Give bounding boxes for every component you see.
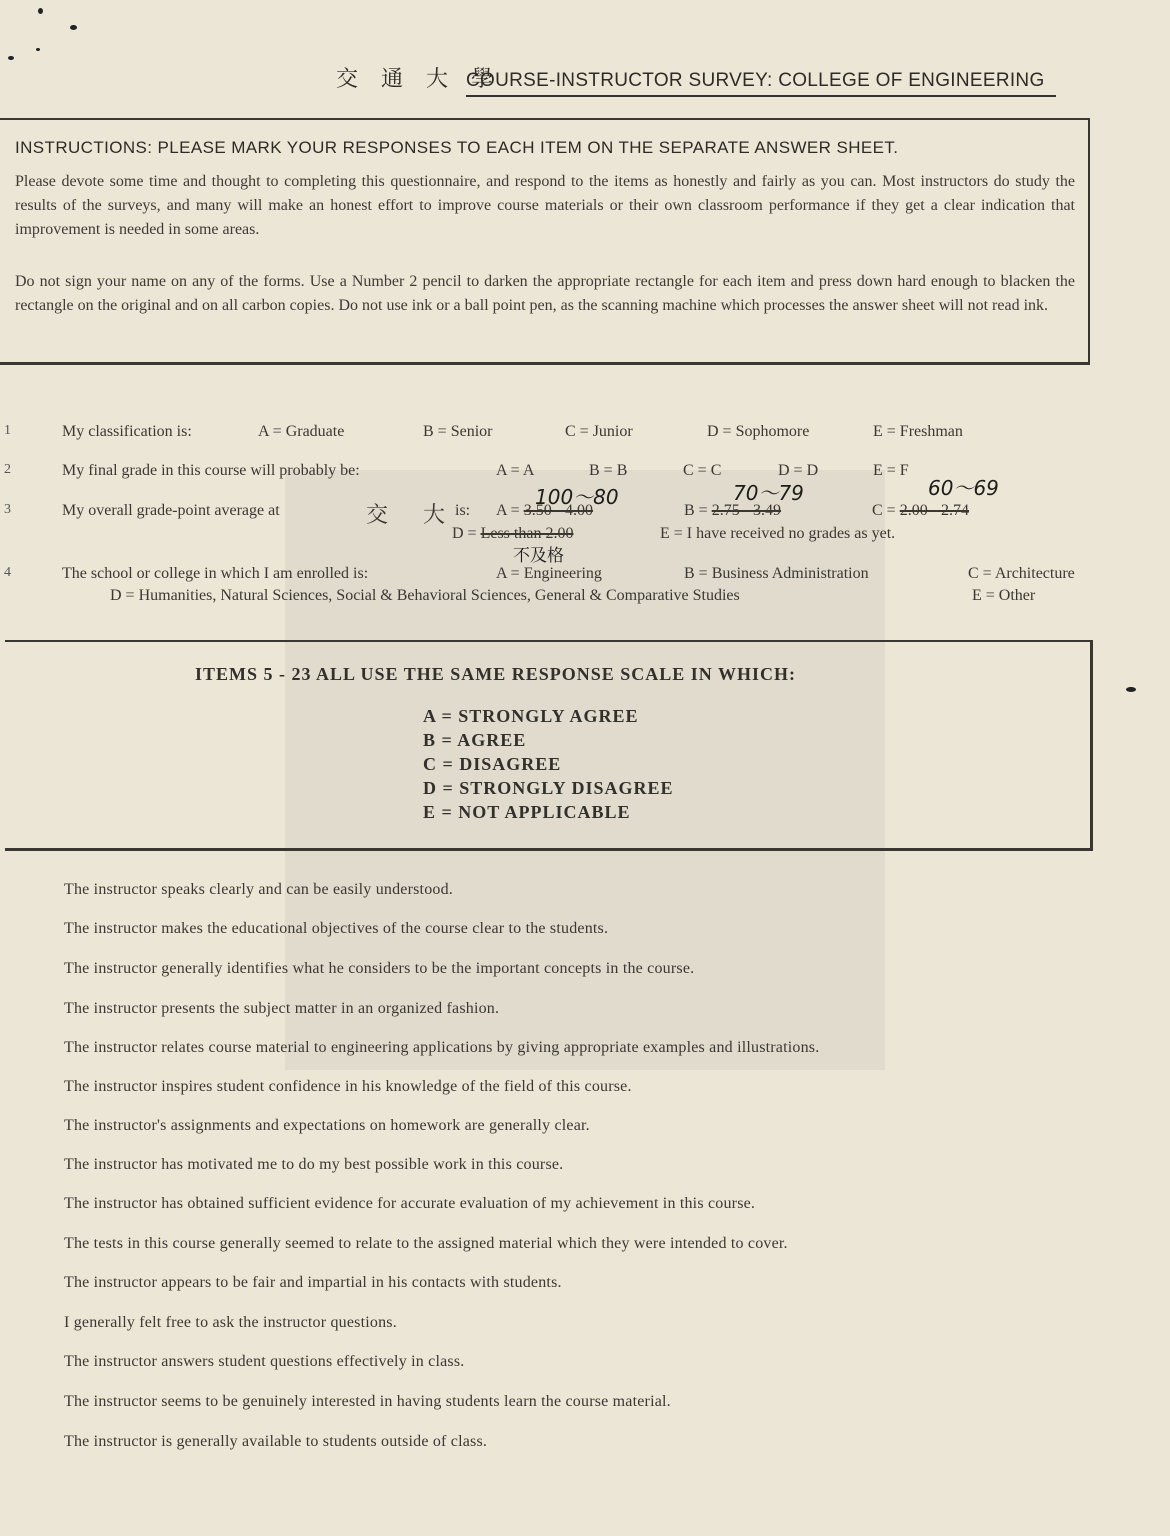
handwritten-note-b: 70～79: [733, 477, 804, 506]
instructions-paragraph-2: Do not sign your name on any of the form…: [15, 270, 1075, 318]
option-a: A = Engineering: [496, 565, 602, 583]
scale-item-d: D = STRONGLY DISAGREE: [423, 776, 673, 800]
statement-item: The instructor speaks clearly and can be…: [64, 881, 453, 899]
instructions-paragraph-1: Please devote some time and thought to c…: [15, 170, 1075, 242]
form-title: COURSE-INSTRUCTOR SURVEY: COLLEGE OF ENG…: [466, 70, 1045, 92]
option-label: C =: [872, 502, 900, 519]
paper-speck: [1126, 687, 1136, 692]
option-label: A =: [496, 502, 524, 519]
statement-item: The instructor generally identifies what…: [64, 960, 694, 978]
option-c: C = Junior: [565, 423, 633, 441]
instructions-box: INSTRUCTIONS: PLEASE MARK YOUR RESPONSES…: [0, 118, 1090, 365]
handwritten-note-a: 100～80: [535, 481, 619, 510]
option-label: D =: [452, 525, 481, 542]
option-e: E = Other: [972, 587, 1035, 605]
paper-speck: [8, 56, 14, 60]
statement-item: The instructor has obtained sufficient e…: [64, 1195, 755, 1213]
statement-item: The instructor presents the subject matt…: [64, 1000, 499, 1018]
option-b: B = Business Administration: [684, 565, 869, 583]
option-e: E = Freshman: [873, 423, 963, 441]
statement-item: The tests in this course generally seeme…: [64, 1235, 788, 1253]
university-abbrev: 交 大: [366, 498, 459, 529]
question-prompt: My overall grade-point average at: [62, 502, 280, 520]
response-scale-box: ITEMS 5 - 23 ALL USE THE SAME RESPONSE S…: [5, 640, 1093, 851]
statement-item: The instructor is generally available to…: [64, 1433, 487, 1451]
option-a: A = Graduate: [258, 423, 344, 441]
statement-item: The instructor inspires student confiden…: [64, 1078, 632, 1096]
scale-item-c: C = DISAGREE: [423, 752, 673, 776]
option-a: A = A: [496, 462, 534, 480]
scale-list: A = STRONGLY AGREE B = AGREE C = DISAGRE…: [423, 704, 673, 824]
paper-speck: [36, 48, 40, 51]
scale-item-a: A = STRONGLY AGREE: [423, 704, 673, 728]
option-value: I have received no grades as yet.: [687, 525, 895, 542]
option-e: E = F: [873, 462, 909, 480]
statement-item: The instructor appears to be fair and im…: [64, 1274, 562, 1292]
option-e: E = I have received no grades as yet.: [660, 525, 895, 543]
option-value-struck: 2.00 - 2.74: [900, 502, 969, 519]
paper-speck: [38, 8, 43, 14]
question-prompt: The school or college in which I am enro…: [62, 565, 368, 583]
handwritten-note-d: 不及格: [513, 541, 564, 566]
scale-item-b: B = AGREE: [423, 728, 673, 752]
option-c: C = 2.00 - 2.74: [872, 502, 969, 520]
question-prompt: My classification is:: [62, 423, 192, 441]
question-number: 4: [4, 565, 11, 581]
option-c: C = Architecture: [968, 565, 1075, 583]
scale-heading: ITEMS 5 - 23 ALL USE THE SAME RESPONSE S…: [195, 664, 796, 685]
question-number: 2: [4, 462, 11, 478]
form-header: 交 通 大 學 COURSE-INSTRUCTOR SURVEY: COLLEG…: [336, 60, 1056, 96]
option-d: D = Sophomore: [707, 423, 809, 441]
option-d: D = Humanities, Natural Sciences, Social…: [110, 587, 740, 605]
option-c: C = C: [683, 462, 721, 480]
question-prompt: My final grade in this course will proba…: [62, 462, 360, 480]
statement-item: The instructor answers student questions…: [64, 1353, 464, 1371]
option-label: B =: [684, 502, 712, 519]
statement-item: The instructor relates course material t…: [64, 1039, 819, 1057]
handwritten-note-c: 60～69: [928, 472, 999, 501]
paper-speck: [70, 25, 77, 30]
option-label: E =: [660, 525, 687, 542]
statement-item: The instructor seems to be genuinely int…: [64, 1393, 671, 1411]
question-prompt-suffix: is:: [455, 502, 470, 520]
question-number: 3: [4, 502, 11, 518]
scale-item-e: E = NOT APPLICABLE: [423, 800, 673, 824]
statement-item: I generally felt free to ask the instruc…: [64, 1314, 397, 1332]
statement-item: The instructor's assignments and expecta…: [64, 1117, 590, 1135]
option-b: B = B: [589, 462, 627, 480]
title-underline: [466, 95, 1056, 97]
statement-item: The instructor has motivated me to do my…: [64, 1156, 563, 1174]
option-b: B = Senior: [423, 423, 492, 441]
instructions-heading: INSTRUCTIONS: PLEASE MARK YOUR RESPONSES…: [15, 138, 898, 158]
question-number: 1: [4, 423, 11, 439]
option-value-struck: Less than 2.00: [481, 525, 574, 542]
statement-item: The instructor makes the educational obj…: [64, 920, 608, 938]
